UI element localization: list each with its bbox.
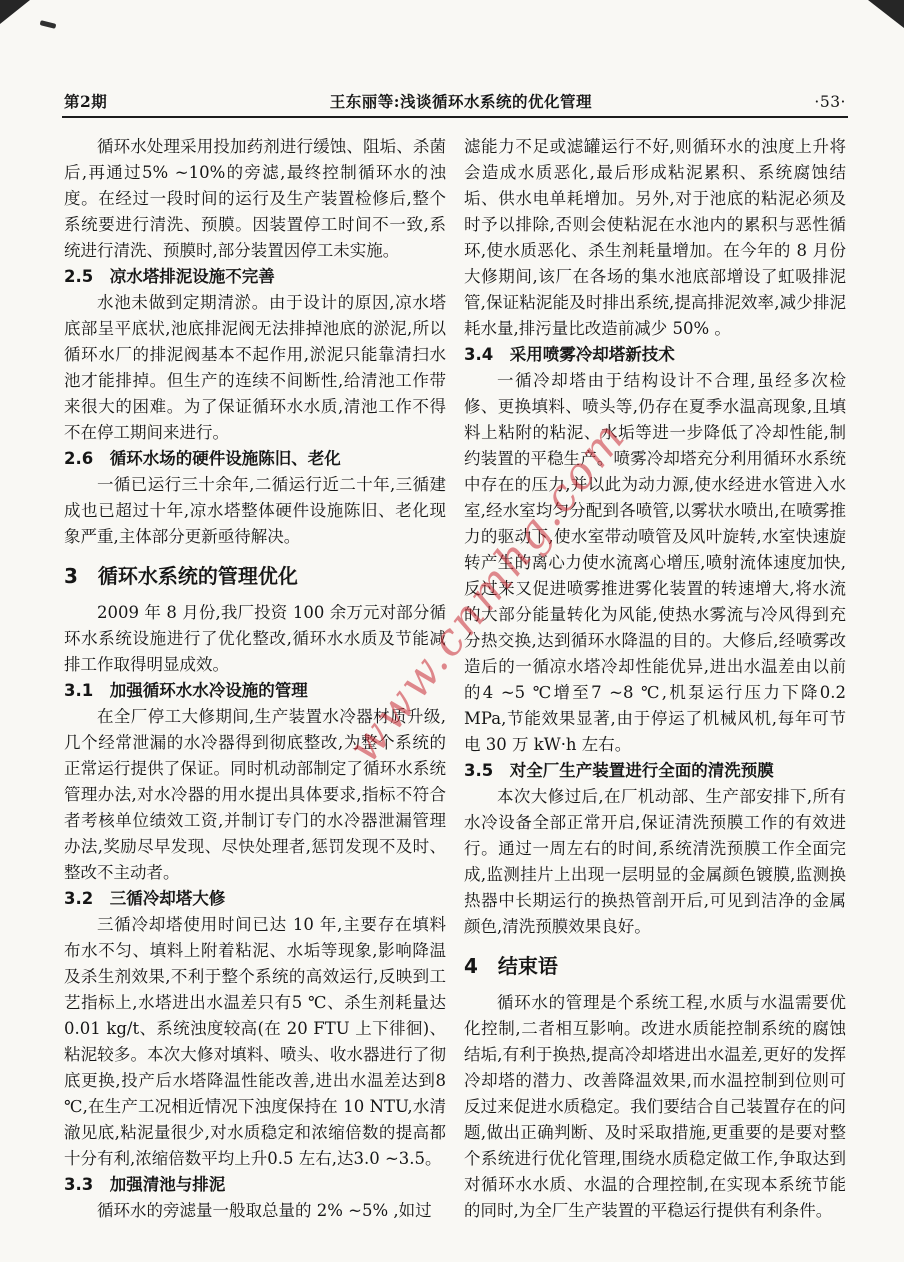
paragraph: 三循冷却塔使用时间已达 10 年,主要存在填料布水不匀、填料上附着粘泥、水垢等现… xyxy=(64,912,446,1172)
subsection-heading: 2.5 凉水塔排泥设施不完善 xyxy=(64,264,446,290)
right-column: 滤能力不足或滤罐运行不好,则循环水的浊度上升将会造成水质恶化,最后形成粘泥累积、… xyxy=(464,134,846,1224)
paragraph: 循环水处理采用投加药剂进行缓蚀、阻垢、杀菌后,再通过5% ~10%的旁滤,最终控… xyxy=(64,134,446,264)
subsection-heading: 3.5 对全厂生产装置进行全面的清洗预膜 xyxy=(464,758,846,784)
header-rule xyxy=(62,116,848,118)
paragraph: 一循冷却塔由于结构设计不合理,虽经多次检修、更换填料、喷头等,仍存在夏季水温高现… xyxy=(464,368,846,758)
subsection-heading: 2.6 循环水场的硬件设施陈旧、老化 xyxy=(64,446,446,472)
paragraph: 一循已运行三十余年,二循运行近二十年,三循建成也已超过十年,凉水塔整体硬件设施陈… xyxy=(64,472,446,550)
subsection-heading: 3.1 加强循环水水冷设施的管理 xyxy=(64,678,446,704)
paragraph: 水池未做到定期清淤。由于设计的原因,凉水塔底部呈平底状,池底排泥阀无法排掉池底的… xyxy=(64,290,446,446)
paragraph: 在全厂停工大修期间,生产装置水冷器材质升级,几个经常泄漏的水冷器得到彻底整改,为… xyxy=(64,704,446,886)
paragraph: 本次大修过后,在厂机动部、生产部安排下,所有水冷设备全部正常开启,保证清洗预膜工… xyxy=(464,784,846,940)
paragraph-continuation: 滤能力不足或滤罐运行不好,则循环水的浊度上升将会造成水质恶化,最后形成粘泥累积、… xyxy=(464,134,846,342)
page-header: 第2期 王东丽等:浅谈循环水系统的优化管理 ·53· xyxy=(64,90,846,112)
scan-artifact-top-left xyxy=(0,0,30,24)
left-column: 循环水处理采用投加药剂进行缓蚀、阻垢、杀菌后,再通过5% ~10%的旁滤,最终控… xyxy=(64,134,446,1224)
paragraph: 循环水的旁滤量一般取总量的 2% ~5% ,如过 xyxy=(64,1198,446,1224)
paragraph: 循环水的管理是个系统工程,水质与水温需要优化控制,二者相互影响。改进水质能控制系… xyxy=(464,990,846,1224)
section-heading: 3 循环水系统的管理优化 xyxy=(64,562,446,590)
section-heading: 4 结束语 xyxy=(464,952,846,980)
paragraph: 2009 年 8 月份,我厂投资 100 余万元对部分循环水系统设施进行了优化整… xyxy=(64,600,446,678)
running-title: 王东丽等:浅谈循环水系统的优化管理 xyxy=(330,90,592,112)
scan-artifact-top-right xyxy=(868,0,904,28)
page-number: ·53· xyxy=(814,93,846,111)
subsection-heading: 3.4 采用喷雾冷却塔新技术 xyxy=(464,342,846,368)
scan-artifact-dash xyxy=(40,20,57,29)
two-column-body: 循环水处理采用投加药剂进行缓蚀、阻垢、杀菌后,再通过5% ~10%的旁滤,最终控… xyxy=(64,134,846,1224)
subsection-heading: 3.3 加强清池与排泥 xyxy=(64,1172,446,1198)
scanned-paper-page: 第2期 王东丽等:浅谈循环水系统的优化管理 ·53· 循环水处理采用投加药剂进行… xyxy=(0,0,904,1262)
subsection-heading: 3.2 三循冷却塔大修 xyxy=(64,886,446,912)
issue-number: 第2期 xyxy=(64,90,107,112)
